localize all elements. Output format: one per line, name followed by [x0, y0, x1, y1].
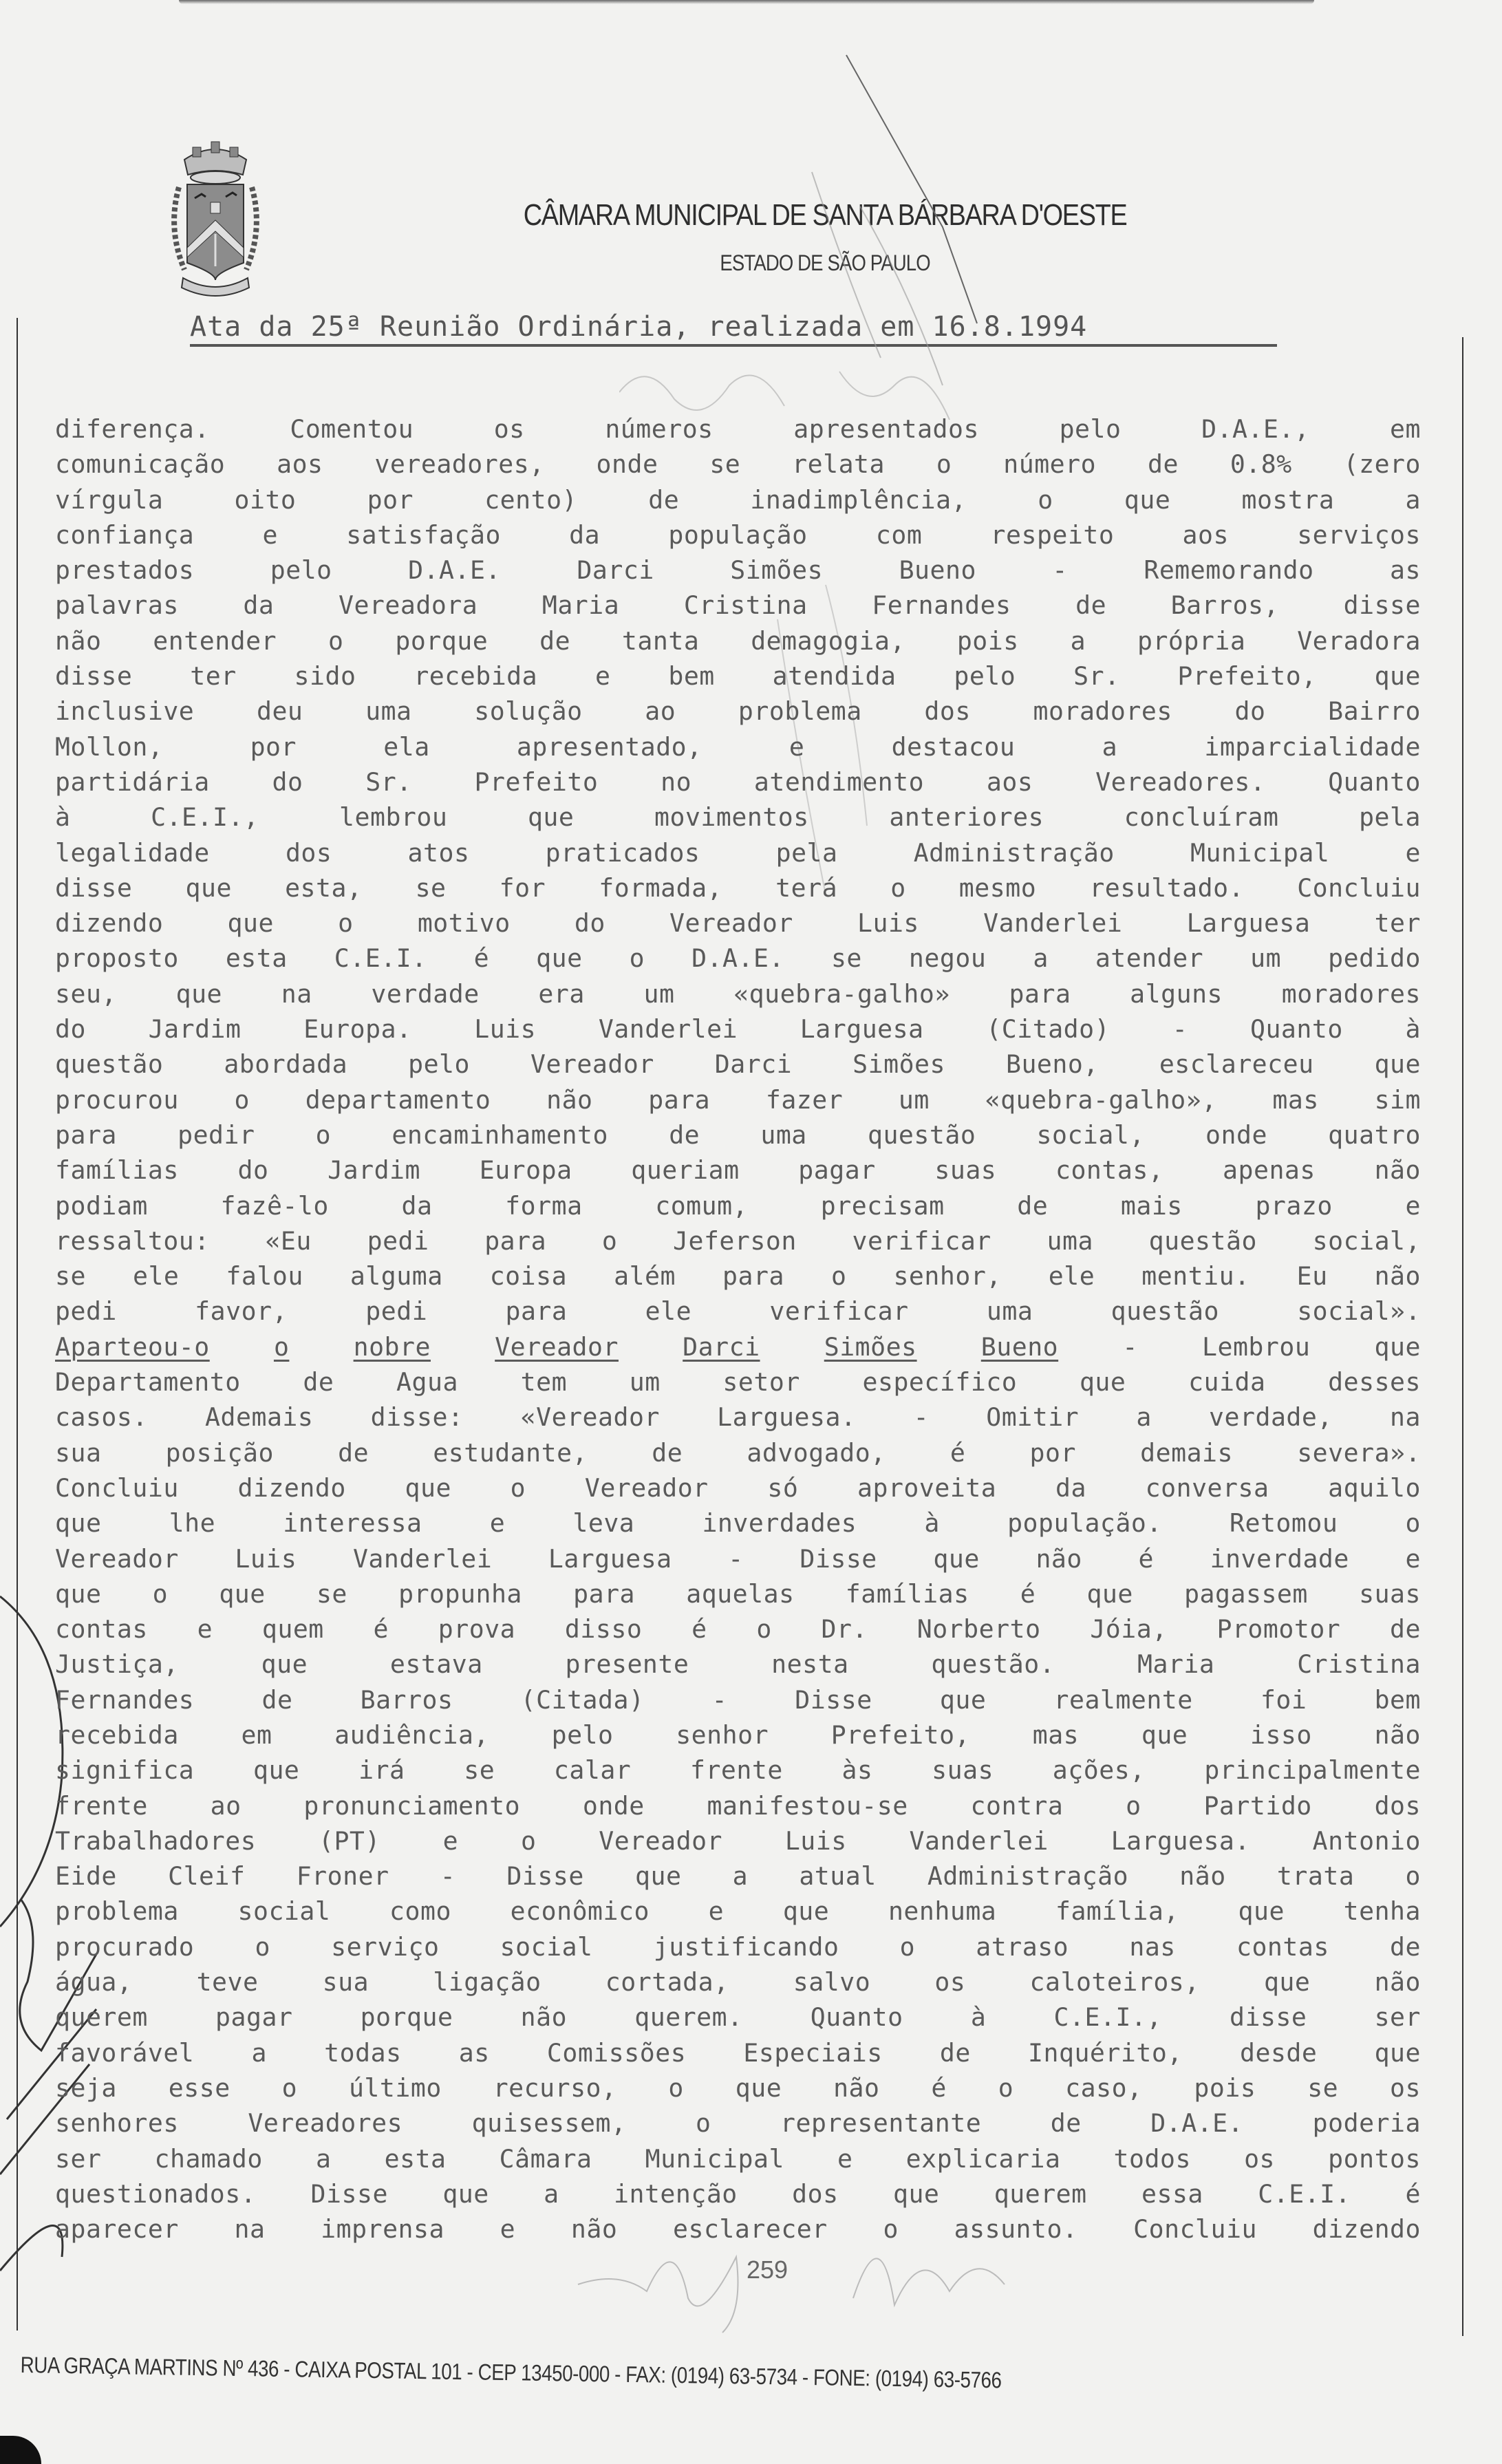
text-line: Departamento de Agua tem um setor especí… [55, 1364, 1421, 1400]
state-name: ESTADO DE SÃO PAULO [117, 250, 1408, 276]
text-line: disse ter sido recebida e bem atendida p… [55, 658, 1421, 694]
text-line: Eide Cleif Froner - Disse que a atual Ad… [55, 1858, 1421, 1894]
text-line: ressaltou: «Eu pedi para o Jeferson veri… [55, 1223, 1421, 1258]
text-line: dizendo que o motivo do Vereador Luis Va… [55, 906, 1421, 941]
minutes-body: diferença. Comentou os números apresenta… [55, 411, 1421, 2247]
text-line: Trabalhadores (PT) e o Vereador Luis Van… [55, 1823, 1421, 1858]
underlined-speaker-word: nobre [354, 1332, 431, 1362]
underlined-speaker-word: Bueno [981, 1332, 1058, 1362]
text-line: confiança e satisfação da população com … [55, 517, 1421, 553]
text-line: podiam fazê-lo da forma comum, precisam … [55, 1188, 1421, 1223]
underlined-speaker-word: Vereador [495, 1332, 619, 1362]
text-line: diferença. Comentou os números apresenta… [55, 411, 1421, 447]
underlined-speaker-word: Darci [683, 1332, 760, 1362]
text-line: se ele falou alguma coisa além para o se… [55, 1258, 1421, 1294]
page-number: 259 [747, 2256, 788, 2284]
text-line: não entender o porque de tanta demagogia… [55, 623, 1421, 658]
text-line: do Jardim Europa. Luis Vanderlei Largues… [55, 1011, 1421, 1047]
left-margin-rule [17, 318, 18, 2331]
text-line: inclusive deu uma solução ao problema do… [55, 694, 1421, 729]
text-line: disse que esta, se for formada, terá o m… [55, 870, 1421, 906]
text-line: comunicação aos vereadores, onde se rela… [55, 447, 1421, 482]
text-line: à C.E.I., lembrou que movimentos anterio… [55, 800, 1421, 835]
text-line: prestados pelo D.A.E. Darci Simões Bueno… [55, 553, 1421, 588]
text-line: questão abordada pelo Vereador Darci Sim… [55, 1047, 1421, 1082]
text-line: ser chamado a esta Câmara Municipal e ex… [55, 2141, 1421, 2176]
text-line: seu, que na verdade era um «quebra-galho… [55, 976, 1421, 1011]
text-line: significa que irá se calar frente às sua… [55, 1753, 1421, 1788]
text-line: favorável a todas as Comissões Especiais… [55, 2035, 1421, 2070]
text-line: frente ao pronunciamento onde manifestou… [55, 1788, 1421, 1823]
text-line: proposto esta C.E.I. é que o D.A.E. se n… [55, 941, 1421, 976]
text-line: para pedir o encaminhamento de uma quest… [55, 1117, 1421, 1153]
text-line: seja esse o último recurso, o que não é … [55, 2070, 1421, 2106]
text-line: famílias do Jardim Europa queriam pagar … [55, 1153, 1421, 1188]
text-line: legalidade dos atos praticados pela Admi… [55, 835, 1421, 870]
text-line: casos. Ademais disse: «Vereador Larguesa… [55, 1400, 1421, 1435]
text-line: contas e quem é prova disso é o Dr. Norb… [55, 1611, 1421, 1647]
document-title: Ata da 25ª Reunião Ordinária, realizada … [190, 311, 1277, 347]
text-line: querem pagar porque não querem. Quanto à… [55, 2000, 1421, 2035]
right-margin-rule [1462, 337, 1463, 2336]
text-line: palavras da Vereadora Maria Cristina Fer… [55, 588, 1421, 623]
footer-address: RUA GRAÇA MARTINS Nº 436 - CAIXA POSTAL … [20, 2352, 1252, 2397]
text-line: Justiça, que estava presente nesta quest… [55, 1647, 1421, 1682]
underlined-speaker-word: Aparteou-o [55, 1332, 210, 1362]
text-line: Mollon, por ela apresentado, e destacou … [55, 729, 1421, 764]
text-line: Aparteou-o o nobre Vereador Darci Simões… [55, 1329, 1421, 1364]
text-line: sua posição de estudante, de advogado, é… [55, 1435, 1421, 1470]
text-line: Fernandes de Barros (Citada) - Disse que… [55, 1682, 1421, 1717]
text-line: aparecer na imprensa e não esclarecer o … [55, 2211, 1421, 2247]
scan-shadow [179, 0, 1314, 4]
text-line: Concluiu dizendo que o Vereador só aprov… [55, 1470, 1421, 1506]
text-line: senhores Vereadores quisessem, o represe… [55, 2106, 1421, 2141]
text-line: problema social como econômico e que nen… [55, 1894, 1421, 1929]
underlined-speaker-word: Simões [824, 1332, 917, 1362]
text-line: que o que se propunha para aquelas famíl… [55, 1576, 1421, 1611]
text-line: pedi favor, pedi para ele verificar uma … [55, 1294, 1421, 1329]
text-line: que lhe interessa e leva inverdades à po… [55, 1506, 1421, 1541]
text-line: recebida em audiência, pelo senhor Prefe… [55, 1717, 1421, 1753]
text-line: água, teve sua ligação cortada, salvo os… [55, 1964, 1421, 2000]
text-line: questionados. Disse que a intenção dos q… [55, 2176, 1421, 2211]
underlined-speaker-word: o [274, 1332, 289, 1362]
scan-corner-shadow [0, 2436, 41, 2464]
text-line: procurado o serviço social justificando … [55, 1929, 1421, 1964]
text-line: procurou o departamento não para fazer u… [55, 1082, 1421, 1117]
text-line: Vereador Luis Vanderlei Larguesa - Disse… [55, 1541, 1421, 1576]
text-line: partidária do Sr. Prefeito no atendiment… [55, 764, 1421, 800]
institution-name: CÂMARA MUNICIPAL DE SANTA BÁRBARA D'OEST… [117, 198, 1408, 233]
text-line: vírgula oito por cento) de inadimplência… [55, 482, 1421, 517]
